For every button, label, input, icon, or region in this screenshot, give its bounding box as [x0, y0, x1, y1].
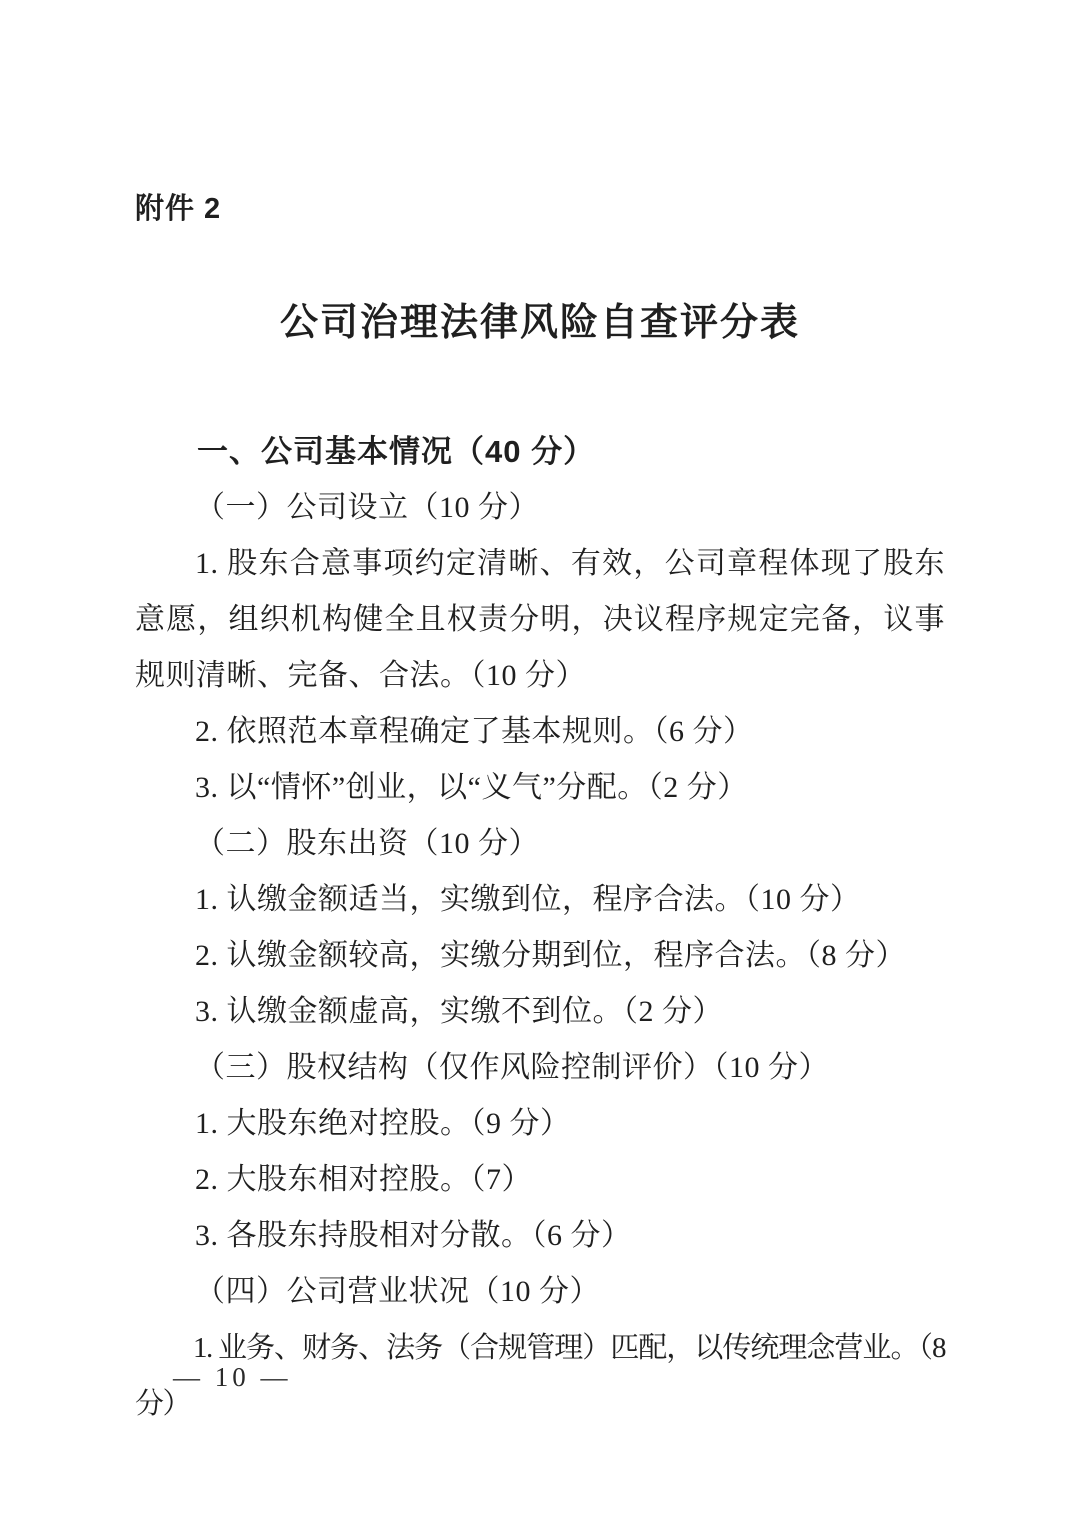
scored-item: 1. 股东合意事项约定清晰、有效，公司章程体现了股东意愿，组织机构健全且权责分明… — [135, 536, 945, 704]
subsection-heading-3: （三）股权结构（仅作风险控制评价）（10 分） — [135, 1040, 945, 1096]
scored-item: 2. 认缴金额较高，实缴分期到位，程序合法。（8 分） — [135, 928, 945, 984]
scored-item: 3. 以“情怀”创业，以“义气”分配。（2 分） — [135, 760, 945, 816]
subsection-heading-4: （四）公司营业状况（10 分） — [135, 1264, 945, 1320]
page-number: — 10 — — [173, 1362, 292, 1393]
section-heading: 一、公司基本情况（40 分） — [135, 424, 945, 480]
subsection-heading-2: （二）股东出资（10 分） — [135, 816, 945, 872]
document-title: 公司治理法律风险自查评分表 — [135, 298, 945, 348]
scored-item: 3. 各股东持股相对分散。（6 分） — [135, 1208, 945, 1264]
subsection-heading-1: （一）公司设立（10 分） — [135, 480, 945, 536]
attachment-label: 附件 2 — [135, 192, 945, 226]
scored-item: 3. 认缴金额虚高，实缴不到位。（2 分） — [135, 984, 945, 1040]
scored-item: 2. 大股东相对控股。（7） — [135, 1152, 945, 1208]
scored-item: 1. 大股东绝对控股。（9 分） — [135, 1096, 945, 1152]
scored-item: 2. 依照范本章程确定了基本规则。（6 分） — [135, 704, 945, 760]
document-page: 附件 2 公司治理法律风险自查评分表 一、公司基本情况（40 分） （一）公司设… — [0, 0, 1080, 1527]
scored-item: 1. 认缴金额适当，实缴到位，程序合法。（10 分） — [135, 872, 945, 928]
